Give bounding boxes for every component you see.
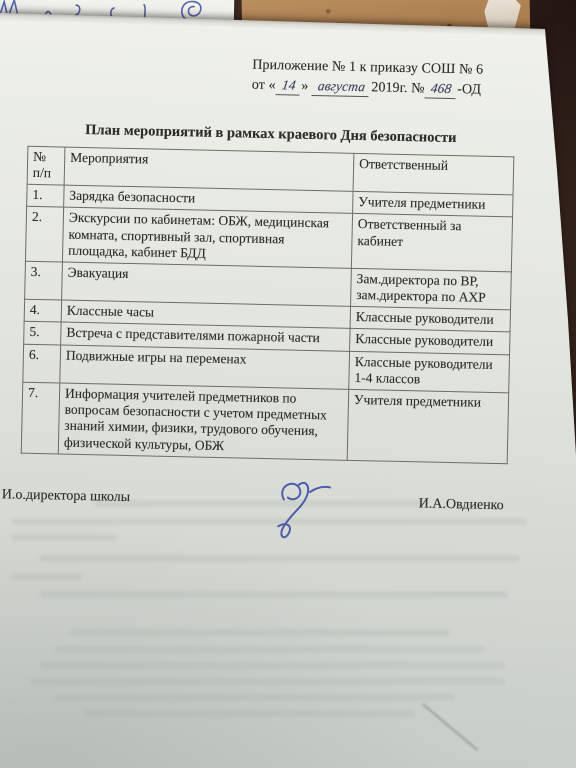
- bleed-line: [40, 555, 520, 562]
- responsible-cell: Классные руководители 1-4 классов: [349, 351, 510, 393]
- table-row: 7. Информация учителей предметников по в…: [21, 382, 508, 463]
- row-number-cell: 2.: [25, 207, 63, 262]
- row-number-cell: 5.: [24, 322, 61, 345]
- bleed-line: [12, 534, 117, 541]
- handwritten-month: августа: [312, 77, 372, 97]
- activity-cell: Информация учителей предметников по вопр…: [58, 383, 348, 460]
- bleed-line: [40, 591, 508, 598]
- column-header-activity: Мероприятия: [64, 147, 354, 192]
- bleed-line: [55, 694, 455, 701]
- number-suffix: -ОД: [457, 82, 481, 98]
- responsible-cell: Учителя предметники: [347, 389, 509, 463]
- responsible-cell: Ответственный за кабинет: [351, 214, 512, 272]
- bleed-line: [55, 646, 485, 653]
- row-number-cell: 3.: [25, 261, 63, 300]
- activity-cell: Подвижные игры на переменах: [60, 345, 350, 390]
- bleed-line: [40, 662, 505, 669]
- row-number-cell: 6.: [23, 344, 61, 383]
- main-paper-wrap: Приложение № 1 к приказу СОШ № 6 от «14»…: [0, 0, 576, 768]
- signatory-role: И.о.директора школы: [2, 487, 131, 506]
- events-table: № п/п Мероприятия Ответственный 1. Заряд…: [21, 146, 515, 465]
- bleed-line: [30, 678, 505, 685]
- bleed-line: [12, 573, 82, 580]
- activity-cell: Экскурсии по кабинетам: ОБЖ, медицинская…: [62, 207, 352, 268]
- appendix-header: Приложение № 1 к приказу СОШ № 6 от «14»…: [252, 57, 576, 103]
- signatory-name: И.А.Овдиенко: [419, 496, 504, 514]
- year-text: 2019г. №: [371, 80, 425, 96]
- main-paper: Приложение № 1 к приказу СОШ № 6 от «14»…: [0, 0, 576, 768]
- document-title: План мероприятий в рамках краевого Дня б…: [28, 121, 514, 149]
- document-content: Приложение № 1 к приказу СОШ № 6 от «14»…: [0, 0, 576, 515]
- signature-stroke: [253, 471, 355, 552]
- responsible-cell: Зам.директора по ВР, зам.директора по АХ…: [351, 268, 512, 310]
- row-number-cell: 7.: [21, 382, 60, 454]
- handwritten-number: 468: [424, 79, 457, 99]
- row-number-cell: 1.: [27, 184, 64, 207]
- row-number-cell: 4.: [24, 300, 61, 323]
- column-header-num: № п/п: [27, 146, 65, 185]
- activity-cell: Эвакуация: [62, 262, 352, 307]
- bleed-line: [85, 710, 415, 717]
- bleed-line: [70, 629, 450, 636]
- date-close: »: [301, 79, 308, 94]
- handwritten-day: 14: [275, 76, 301, 96]
- column-header-responsible: Ответственный: [353, 153, 514, 195]
- date-prefix: от «: [252, 78, 276, 94]
- photo-of-document: Приложение № 1 к приказу СОШ № 6 от «14»…: [0, 0, 576, 768]
